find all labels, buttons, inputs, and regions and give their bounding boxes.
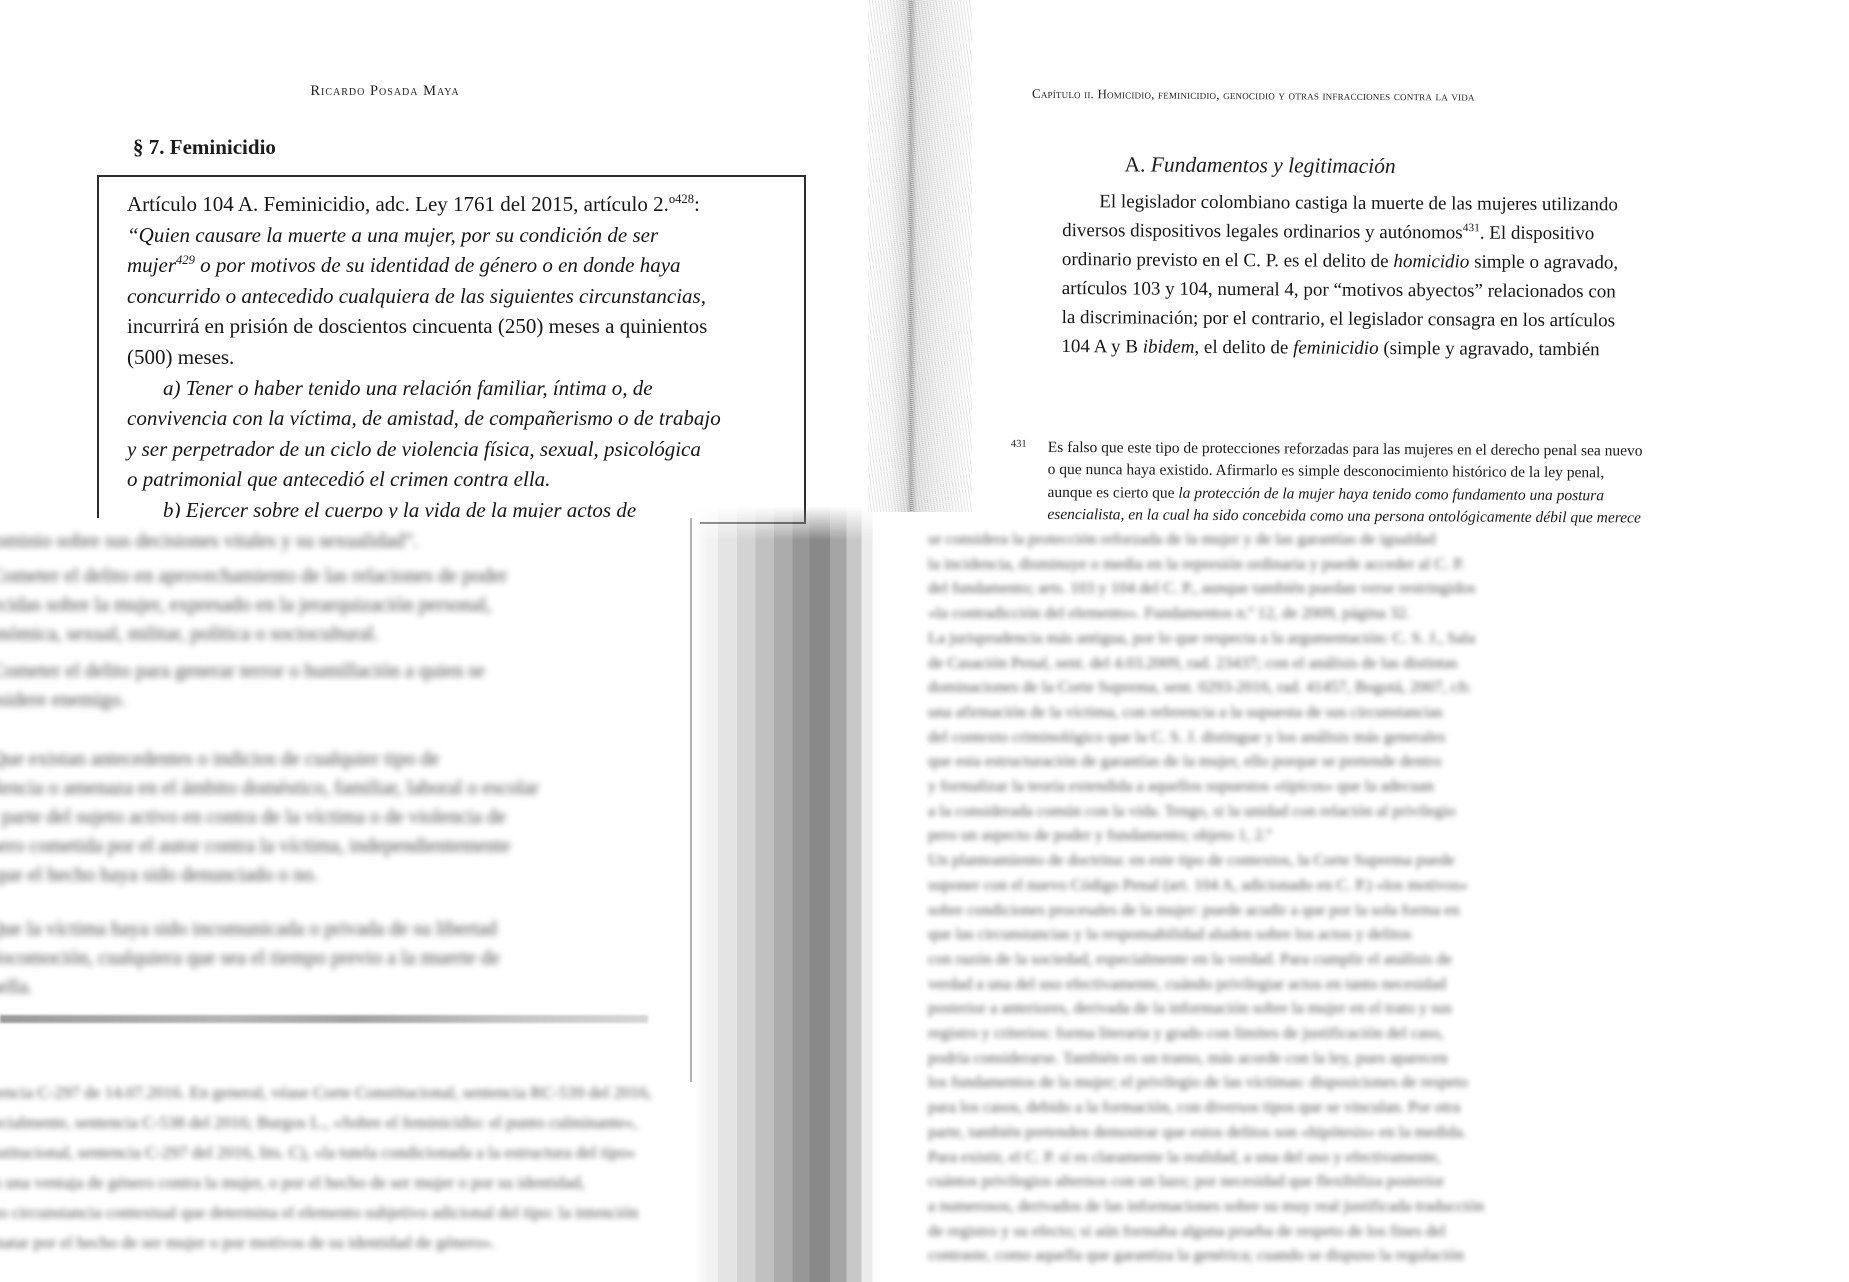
blurred-line: de que el hecho haya sido denunciado o n… [0,861,710,890]
blurred-line: que las circunstancias y la responsabili… [928,922,1488,947]
blurred-article-continuation: y dominio sobre sus decisiones vitales y… [0,527,710,1002]
blurred-line: f) Que la víctima haya sido incomunicada… [0,915,710,944]
blurred-line: los fundamentos de la mujer; el privileg… [928,1070,1488,1095]
blurred-line: c) Cometer el delito en aprovechamiento … [0,562,710,591]
right-paragraph: El legislador colombiano castiga la muer… [1061,187,1722,365]
blurred-line: se considera la protección reforzada de … [928,527,1488,552]
blurred-line: e) Que existan antecedentes o indicios d… [0,745,710,774]
blurred-line: registro y criterios: forma literaria y … [928,1021,1488,1046]
blurred-line: violencia o amenaza en el ámbito domésti… [0,774,710,803]
blurred-line: una afirmación de la víctima, con refere… [928,700,1488,725]
paragraph-line: la discriminación; por el contrario, el … [1062,303,1722,336]
blurred-line: por parte del sujeto activo en contra de… [0,803,710,832]
blurred-line [0,715,710,745]
footnote-431: 431 Es falso que este tipo de proteccion… [1047,437,1748,530]
paragraph-line: 104 A y B ibidem, el delito de feminicid… [1061,332,1721,365]
blurred-line: «la contradicción del elemento». Fundame… [928,601,1488,626]
blurred-line: del contexto criminológico que la C. S. … [928,725,1488,750]
paragraph-line: artículos 103 y 104, numeral 4, por “mot… [1062,274,1722,307]
footnote-ref-431: 431 [1463,222,1480,234]
blurred-line: dominaciones de la Corte Suprema, sent. … [928,675,1488,700]
blurred-line: de registro y su efecto; si aún formaba … [928,1219,1488,1244]
blurred-line: Constitucional, sentencia C-297 del 2016… [0,1138,710,1168]
blurred-line: considere enemigo. [0,686,710,715]
blurred-line: ejercidas sobre la mujer, expresado en l… [0,591,710,620]
blurred-line: género cometida por el autor contra la v… [0,832,710,861]
blurred-line: de locomoción, cualquiera que sea el tie… [0,944,710,973]
subsection-heading: A. Fundamentos y legitimación [1124,152,1395,179]
right-running-header: Capítulo ii. Homicidio, feminicidio, gen… [1032,86,1475,105]
blurred-line: y formalizar la teoría extendida a aquel… [928,774,1488,799]
blurred-line: de Casación Penal, sent. del 4.03.2009, … [928,651,1488,676]
blurred-line: aquella. [0,973,710,1002]
blurred-line: posterior a anteriores, derivada de la i… [928,996,1488,1021]
blurred-line: la incidencia, disminuye o media en la r… [928,552,1488,577]
blurred-line: contraste, como aquella que garantiza la… [928,1243,1488,1268]
blurred-line: como circunstancia contextual que determ… [0,1198,710,1228]
blurred-line: que esta estructuración de garantías de … [928,749,1488,774]
footnote-separator-rule [0,1015,648,1023]
blurred-line: cuántos privilegios alternos con un lazo… [928,1169,1488,1194]
blurred-line: económica, sexual, militar, política o s… [0,620,710,649]
blurred-line: para los casos, debido a la formación, c… [928,1095,1488,1120]
blurred-line [0,890,710,915]
blurred-line: del fundamento; arts. 103 y 104 del C. P… [928,576,1488,601]
footnote-number: 431 [1011,434,1027,456]
blurred-line: verdad a una del uso efectivamente, cuán… [928,972,1488,997]
blurred-left-footnotes: sentencia C-297 de 14.07.2016. En genera… [0,1078,710,1258]
blurred-line: a numerosos, derivados de las informacio… [928,1194,1488,1219]
blurred-line: suponer con el nuevo Código Penal (art. … [928,873,1488,898]
blurred-line: y dominio sobre sus decisiones vitales y… [0,527,710,556]
blurred-line: de matar por el hecho de ser mujer o por… [0,1228,710,1258]
paragraph-line: ordinario previsto en el C. P. es el del… [1062,245,1722,278]
blurred-line: podría considerarse. También es un tramo… [928,1046,1488,1071]
paragraph-line: diversos dispositivos legales ordinarios… [1062,216,1722,249]
blurred-line [0,649,710,657]
scanned-book-spread: { "meta": { "kind": "scanned legal textb… [0,0,1849,1282]
blurred-line: pues una ventaja de género contra la muj… [0,1168,710,1198]
book-gutter-shadow-bottom [694,506,880,1282]
blurred-line: sobre condiciones procesales de la mujer… [928,898,1488,923]
blurred-line: a la considerada común con la vida. Teng… [928,799,1488,824]
blurred-line: La jurisprudencia más antigua, por lo qu… [928,626,1488,651]
blurred-line: pero un aspecto de poder y fundamento; o… [928,823,1488,848]
blurred-line: especialmente, sentencia C-538 del 2016;… [0,1108,710,1138]
blurred-line: d) Cometer el delito para generar terror… [0,657,710,686]
blurred-line: Un planteamiento de doctrina: en este ti… [928,848,1488,873]
paragraph-line: El legislador colombiano castiga la muer… [1062,187,1722,220]
blurred-right-footnotes: se considera la protección reforzada de … [928,527,1488,1268]
blurred-line: sentencia C-297 de 14.07.2016. En genera… [0,1078,710,1108]
blurred-line: con razón de la sociedad, especialmente … [928,947,1488,972]
blurred-line: parte, también pretenden demostrar que e… [928,1120,1488,1145]
blurred-line: Para existir, el C. P. sí es claramente … [928,1145,1488,1170]
